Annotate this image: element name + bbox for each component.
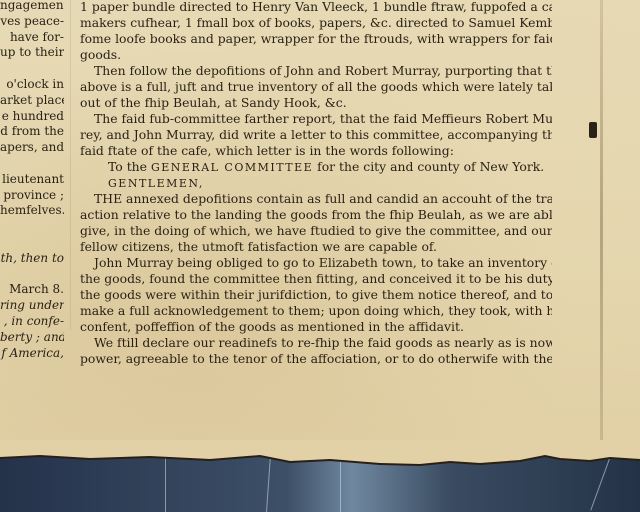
left-column-line: th, then to <box>0 251 64 267</box>
text-line: fome loofe books and paper, wrapper for … <box>80 31 552 47</box>
text-line: the goods were within their jurifdiction… <box>80 287 552 303</box>
text-line: The faid fub-committee farther report, t… <box>80 111 552 127</box>
text-line: THE annexed depofitions contain as full … <box>80 191 552 207</box>
left-column-line <box>0 156 64 172</box>
left-column-line: ves peace- <box>0 14 64 30</box>
text-line: faid ftate of the cafe, which letter is … <box>80 143 552 159</box>
left-column-line: , in confe- <box>0 314 64 330</box>
text-line: the goods, found the committee then fitt… <box>80 271 552 287</box>
left-column-line: berty ; and <box>0 330 64 346</box>
left-column-line: have for- <box>0 30 64 46</box>
text-line: To the GENERAL COMMITTEE for the city an… <box>80 159 552 175</box>
text-line: power, agreeable to the tenor of the aff… <box>80 351 552 367</box>
text-line: makers cufhear, 1 fmall box of books, pa… <box>80 15 552 31</box>
torn-paper-edge <box>0 440 640 470</box>
text-line: rey, and John Murray, did write a letter… <box>80 127 552 143</box>
left-column-line <box>0 235 64 251</box>
left-column-line: March 8. <box>0 282 64 298</box>
left-column-line: apers, and <box>0 140 64 156</box>
text-line: Then follow the depofitions of John and … <box>80 63 552 79</box>
left-column-line: up to their <box>0 45 64 61</box>
left-column-line: o'clock in <box>0 77 64 93</box>
text-line: We ftill declare our readinefs to re-fhi… <box>80 335 552 351</box>
left-column-line: arket place <box>0 93 64 109</box>
left-column-line: ring under <box>0 298 64 314</box>
text-line: fellow citizens, the utmoft fatisfaction… <box>80 239 552 255</box>
left-column-line: e hundred <box>0 109 64 125</box>
left-column-line <box>0 267 64 283</box>
column-divider <box>70 0 71 330</box>
text-line: confent, poffeffion of the goods as ment… <box>80 319 552 335</box>
left-column-line: f America, <box>0 346 64 362</box>
left-column-line <box>0 61 64 77</box>
left-column-line: ngagement <box>0 0 64 14</box>
left-column-fragments: ngagementves peace-have for-up to theiro… <box>0 0 64 361</box>
text-line: make a full acknowledgement to them; upo… <box>80 303 552 319</box>
text-line: out of the fhip Beulah, at Sandy Hook, &… <box>80 95 552 111</box>
left-column-line: d from the <box>0 124 64 140</box>
left-column-line <box>0 219 64 235</box>
ink-stain <box>589 122 597 138</box>
text-line: 1 paper bundle directed to Henry Van Vle… <box>80 0 552 15</box>
left-column-line: lieutenant <box>0 172 64 188</box>
text-line: give, in the doing of which, we have ftu… <box>80 223 552 239</box>
text-line: GENTLEMEN, <box>80 175 552 191</box>
left-column-line: province ; <box>0 188 64 204</box>
left-column-line: hemfelves. <box>0 203 64 219</box>
text-line: above is a full, juft and true inventory… <box>80 79 552 95</box>
paper-fold-line <box>600 0 603 460</box>
text-line: action relative to the landing the goods… <box>80 207 552 223</box>
text-line: goods. <box>80 47 552 63</box>
text-line: John Murray being obliged to go to Eliza… <box>80 255 552 271</box>
newspaper-page: ngagementves peace-have for-up to theiro… <box>0 0 640 462</box>
main-column-text: 1 paper bundle directed to Henry Van Vle… <box>80 0 552 367</box>
